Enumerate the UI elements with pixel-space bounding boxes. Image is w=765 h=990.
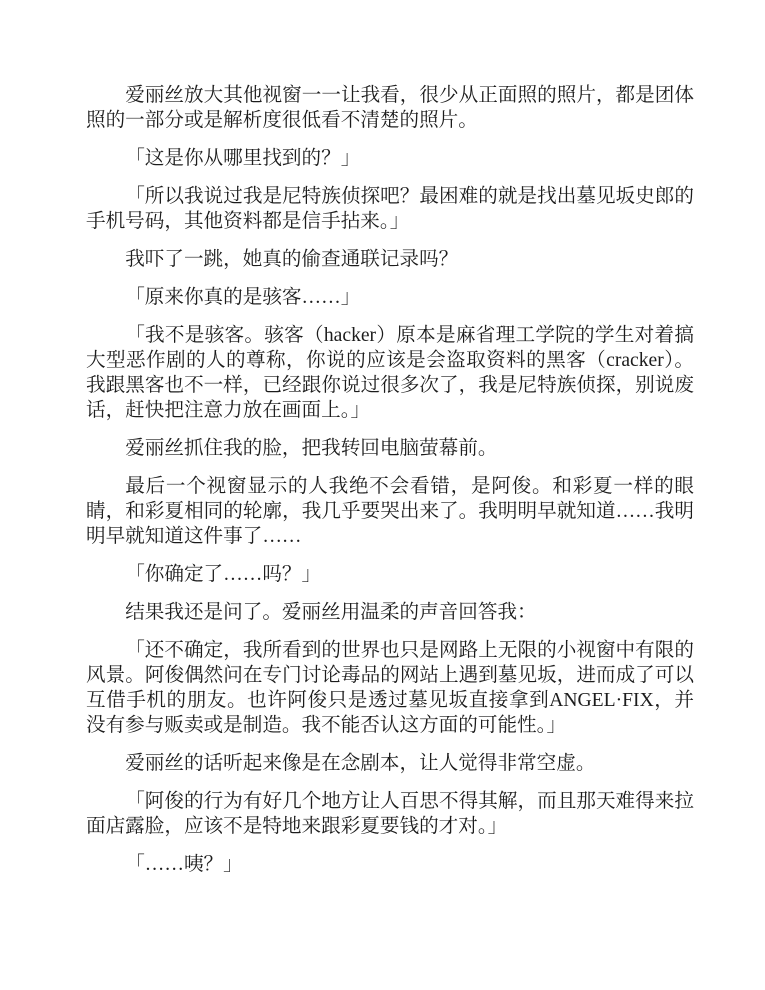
paragraph: 「……咦？」 — [86, 852, 694, 877]
paragraph: 「所以我说过我是尼特族侦探吧？最困难的就是找出墓见坂史郎的手机号码，其他资料都是… — [86, 184, 694, 234]
paragraph: 「还不确定，我所看到的世界也只是网路上无限的小视窗中有限的风景。阿俊偶然问在专门… — [86, 638, 694, 738]
text-content: 爱丽丝放大其他视窗一一让我看，很少从正面照的照片，都是团体照的一部分或是解析度很… — [86, 83, 694, 877]
paragraph: 最后一个视窗显示的人我绝不会看错，是阿俊。和彩夏一样的眼睛，和彩夏相同的轮廓，我… — [86, 474, 694, 549]
paragraph: 结果我还是问了。爱丽丝用温柔的声音回答我： — [86, 600, 694, 625]
paragraph: 爱丽丝的话听起来像是在念剧本，让人觉得非常空虚。 — [86, 751, 694, 776]
paragraph: 我吓了一跳，她真的偷查通联记录吗？ — [86, 247, 694, 272]
paragraph: 「我不是骇客。骇客（hacker）原本是麻省理工学院的学生对着搞大型恶作剧的人的… — [86, 323, 694, 423]
paragraph: 爱丽丝放大其他视窗一一让我看，很少从正面照的照片，都是团体照的一部分或是解析度很… — [86, 83, 694, 133]
paragraph: 爱丽丝抓住我的脸，把我转回电脑萤幕前。 — [86, 436, 694, 461]
paragraph: 「这是你从哪里找到的？」 — [86, 146, 694, 171]
paragraph: 「你确定了……吗？」 — [86, 562, 694, 587]
paragraph: 「阿俊的行为有好几个地方让人百思不得其解，而且那天难得来拉面店露脸，应该不是特地… — [86, 789, 694, 839]
paragraph: 「原来你真的是骇客……」 — [86, 285, 694, 310]
document-page: 爱丽丝放大其他视窗一一让我看，很少从正面照的照片，都是团体照的一部分或是解析度很… — [0, 0, 765, 990]
